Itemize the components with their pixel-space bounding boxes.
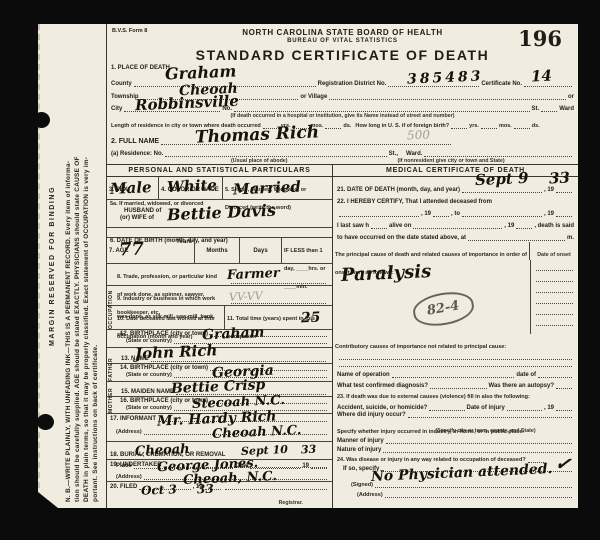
dotted-line — [381, 467, 572, 472]
org-name: NORTH CAROLINA STATE BOARD OF HEALTH — [107, 28, 578, 37]
informant-label: 17. INFORMANT — [110, 416, 156, 423]
specify-where-label: Specify whether injury occurred in indus… — [337, 429, 524, 436]
state-country-label: (State or country) — [110, 405, 172, 412]
last-saw-row: I last saw h alive on , 19 , death is sa… — [333, 218, 578, 230]
injury-date-label: Date of injury — [467, 405, 505, 412]
birthplace-label: 12. BIRTHPLACE (city or town) — [110, 331, 208, 338]
nature-label: Nature of injury — [337, 447, 381, 454]
filed-label: 20. FILED — [110, 484, 137, 491]
dotted-line — [408, 413, 572, 418]
dotted-line — [413, 224, 502, 229]
dotted-line — [536, 315, 573, 326]
dotted-line — [339, 362, 572, 367]
dotted-line — [536, 271, 573, 282]
st-label: St., — [389, 151, 398, 158]
external-causes-label: 23. If death was due to external causes … — [337, 394, 530, 401]
alive-on-label: alive on — [389, 223, 411, 230]
certificate-title: STANDARD CERTIFICATE OF DEATH — [107, 47, 578, 63]
form-header: B.V.S. Form 8 NORTH CAROLINA STATE BOARD… — [107, 24, 578, 64]
where-injury-label: Where did injury occur? — [337, 412, 406, 419]
year-19-label: , 19 — [544, 187, 554, 194]
place-of-death-section: 1. PLACE OF DEATH County Registration Di… — [107, 64, 578, 164]
dotted-line — [516, 224, 532, 229]
dotted-line — [144, 430, 327, 435]
onset-column — [530, 260, 578, 334]
dotted-line — [144, 475, 327, 480]
year-19-label: , 19 — [544, 211, 554, 218]
contributory-label: Contributory causes of importance not re… — [335, 344, 506, 350]
dotted-line — [174, 406, 327, 411]
year-19-label: , 19 — [193, 484, 203, 491]
ds-label: ds. — [343, 123, 351, 130]
spouse-label: 5a. If married, widowed, or divorced — [110, 201, 329, 208]
pencil-annotation: 500 — [407, 129, 430, 142]
certificate-form: B.V.S. Form 8 NORTH CAROLINA STATE BOARD… — [106, 24, 578, 508]
dotted-line — [556, 188, 572, 193]
dotted-line — [210, 399, 327, 404]
sex-label: 3. SEX — [109, 187, 128, 193]
certificate-no-value: 14 — [531, 69, 553, 85]
nb-line: N. B.—WRITE PLAINLY, WITH UNFADING INK—T… — [64, 156, 73, 502]
undertaker-address-label: (Address) — [110, 474, 142, 481]
dotted-line — [430, 384, 487, 389]
dotted-line — [231, 279, 326, 284]
residence-label: (a) Residence: No. — [111, 151, 163, 158]
dotted-line — [556, 212, 572, 217]
registration-district-value: 385483 — [407, 69, 484, 86]
city-label: City — [111, 106, 122, 113]
dotted-line — [231, 299, 326, 304]
dotted-line — [386, 439, 572, 444]
dotted-line — [371, 224, 387, 229]
dotted-line — [424, 152, 572, 157]
dotted-line — [385, 493, 572, 498]
state-country-label: (State or country) — [110, 338, 172, 345]
dotted-line — [556, 384, 572, 389]
ward-label: Ward. — [406, 151, 422, 158]
year-19-label: , 19 — [544, 405, 554, 412]
dotted-line — [536, 260, 573, 271]
dotted-line — [339, 355, 572, 360]
attended-from-to-row: , 19 , to , 19 — [333, 206, 578, 218]
mother-maiden-name-label: 15. MAIDEN NAME — [111, 389, 174, 396]
dotted-line — [536, 293, 573, 304]
bureau-name: BUREAU OF VITAL STATISTICS — [107, 38, 578, 44]
dotted-line — [210, 366, 327, 371]
manner-label: Manner of injury — [337, 438, 384, 445]
certify-label: 22. I HEREBY CERTIFY, That I attended de… — [337, 199, 492, 206]
date-of-death-label: 21. DATE OF DEATH (month, day, and year) — [337, 187, 460, 194]
dotted-line — [210, 332, 327, 337]
occurred-label: to have occurred on the date stated abov… — [337, 235, 466, 242]
dotted-line — [392, 373, 515, 378]
village-label: or Village — [300, 94, 327, 101]
dotted-line — [514, 124, 530, 129]
father-side-label: FATHER — [108, 358, 114, 381]
undertaker-label: 19. UNDERTAKER — [110, 462, 162, 469]
death-said-label: , death is said — [534, 223, 574, 230]
dotted-line — [329, 95, 566, 100]
yrs-label: yrs. — [469, 123, 479, 130]
punch-hole-top — [33, 112, 50, 128]
operation-label: Name of operation — [337, 372, 390, 379]
foreign-birth-label: How long in U. S. if of foreign birth? — [355, 123, 449, 130]
medical-heading: MEDICAL CERTIFICATE OF DEATH — [333, 165, 578, 176]
or-label: or — [568, 94, 574, 101]
burial-label: 18. BURIAL, CREMATION, OR REMOVAL — [110, 452, 225, 458]
test-label: What test confirmed diagnosis? — [337, 383, 428, 390]
full-name-label: 2. FULL NAME — [111, 138, 159, 146]
days-label: Days — [253, 248, 267, 254]
year-19-label: , 19 — [421, 211, 431, 218]
residence-row: (a) Residence: No. St., Ward. — [107, 146, 578, 158]
county-value: Graham — [165, 63, 237, 82]
occupation-side-label: OCCUPATION — [108, 290, 114, 329]
dotted-line — [536, 304, 573, 315]
husband-of-label: HUSBAND of — [110, 208, 329, 215]
occupation-related-label: 24. Was disease or injury in any way rel… — [337, 457, 526, 464]
hospital-note: (If death occurred in a hospital or inst… — [231, 113, 455, 119]
certificate-no-label: Certificate No. — [481, 81, 522, 88]
accident-label: Accident, suicide, or homicide? — [337, 405, 427, 412]
autopsy-label: Was there an autopsy? — [489, 383, 554, 390]
city-value: Robbinsville — [135, 94, 239, 114]
meridiem-label: m. — [567, 235, 574, 242]
months-label: Months — [206, 248, 227, 254]
dotted-line — [429, 406, 464, 411]
dotted-line — [541, 107, 557, 112]
age-label: 7. AGE — [109, 248, 128, 254]
dotted-line — [158, 417, 327, 422]
punch-hole-bottom — [37, 414, 54, 430]
if-so-specify-label: If so, specify — [337, 466, 379, 473]
father-birthplace-label: 14. BIRTHPLACE (city or town) — [110, 365, 208, 372]
margin-binding-text: MARGIN RESERVED FOR BINDING — [49, 186, 56, 346]
dotted-line — [462, 188, 542, 193]
dotted-line — [165, 152, 386, 157]
dotted-line — [164, 463, 327, 468]
occurred-row: to have occurred on the date stated abov… — [333, 230, 578, 242]
dotted-line — [151, 357, 326, 362]
dotted-line — [451, 124, 467, 129]
ds-label: ds. — [532, 123, 540, 130]
full-name-row: 2. FULL NAME — [107, 130, 578, 146]
medical-column: 21. DATE OF DEATH (month, day, and year)… — [333, 177, 578, 508]
dotted-line — [462, 212, 542, 217]
mos-label: mos. — [499, 123, 512, 130]
dotted-line — [139, 485, 190, 490]
registrar-label: Registrar. — [279, 500, 303, 506]
cause-of-death-area — [333, 260, 578, 334]
dotted-line — [174, 339, 327, 344]
residence-length-row: Length of residence in city or town wher… — [107, 119, 578, 130]
dotted-line — [339, 212, 419, 217]
dotted-line — [481, 124, 497, 129]
nb-line: DEATH in plain terms, so that it may be … — [82, 156, 91, 502]
registration-district-label: Registration District No. — [318, 81, 387, 88]
nonresident-note: (If nonresident give city or town and St… — [398, 158, 505, 164]
operation-date-label: date of — [516, 372, 536, 379]
year-19-label: , 19 — [504, 223, 514, 230]
dotted-line — [468, 236, 565, 241]
scanned-death-certificate: { "margin": { "binding": "MARGIN RESERVE… — [0, 0, 600, 540]
dotted-line — [538, 373, 572, 378]
dotted-line — [528, 458, 544, 463]
nb-line: portant. See instructions on back of cer… — [91, 156, 100, 502]
to-label: , to — [451, 211, 460, 218]
street-label: St. — [532, 106, 540, 113]
abode-note: (Usual place of abode) — [231, 158, 288, 164]
dotted-line — [383, 448, 572, 453]
personal-heading: PERSONAL AND STATISTICAL PARTICULARS — [107, 165, 333, 176]
wife-of-label: (or) WIFE of — [110, 215, 329, 222]
dotted-line — [433, 212, 449, 217]
years-label: Years — [176, 239, 192, 246]
last-saw-label: I last saw h — [337, 223, 369, 230]
dotted-line — [205, 485, 221, 490]
column-headings: PERSONAL AND STATISTICAL PARTICULARS MED… — [107, 164, 578, 177]
dotted-line — [325, 124, 341, 129]
registrar-signature-line — [225, 485, 327, 490]
margin-nb-paragraph: N. B.—WRITE PLAINLY, WITH UNFADING INK—T… — [64, 156, 100, 502]
state-country-label: (State or country) — [110, 372, 172, 379]
certificate-card: MARGIN RESERVED FOR BINDING N. B.—WRITE … — [38, 24, 578, 508]
mother-birthplace-label: 16. BIRTHPLACE (city or town) — [110, 398, 208, 405]
dotted-line — [556, 406, 572, 411]
county-label: County — [111, 81, 132, 88]
signed-label: (Signed) — [337, 482, 373, 489]
informant-address-label: (Address) — [110, 429, 142, 436]
dotted-line — [507, 406, 542, 411]
dotted-line — [174, 373, 327, 378]
mother-side-label: MOTHER — [108, 388, 114, 413]
race-label: 4. COLOR OR RACE — [161, 187, 219, 193]
dotted-line — [176, 390, 326, 395]
date-of-onset-label: Date of onset — [537, 252, 571, 258]
dotted-line — [234, 107, 530, 112]
nb-line: tion should be carefully supplied. AGE s… — [73, 156, 82, 502]
physician-address-label: (Address) — [337, 492, 383, 499]
signature-line — [375, 483, 572, 488]
father-name-label: 13. NAME — [111, 356, 149, 363]
place-section-label: 1. PLACE OF DEATH — [111, 65, 170, 72]
personal-column: 3. SEX 4. COLOR OR RACE 5. Single, Marri… — [107, 177, 333, 508]
dotted-line — [536, 282, 573, 293]
ward-label: Ward — [559, 106, 574, 113]
